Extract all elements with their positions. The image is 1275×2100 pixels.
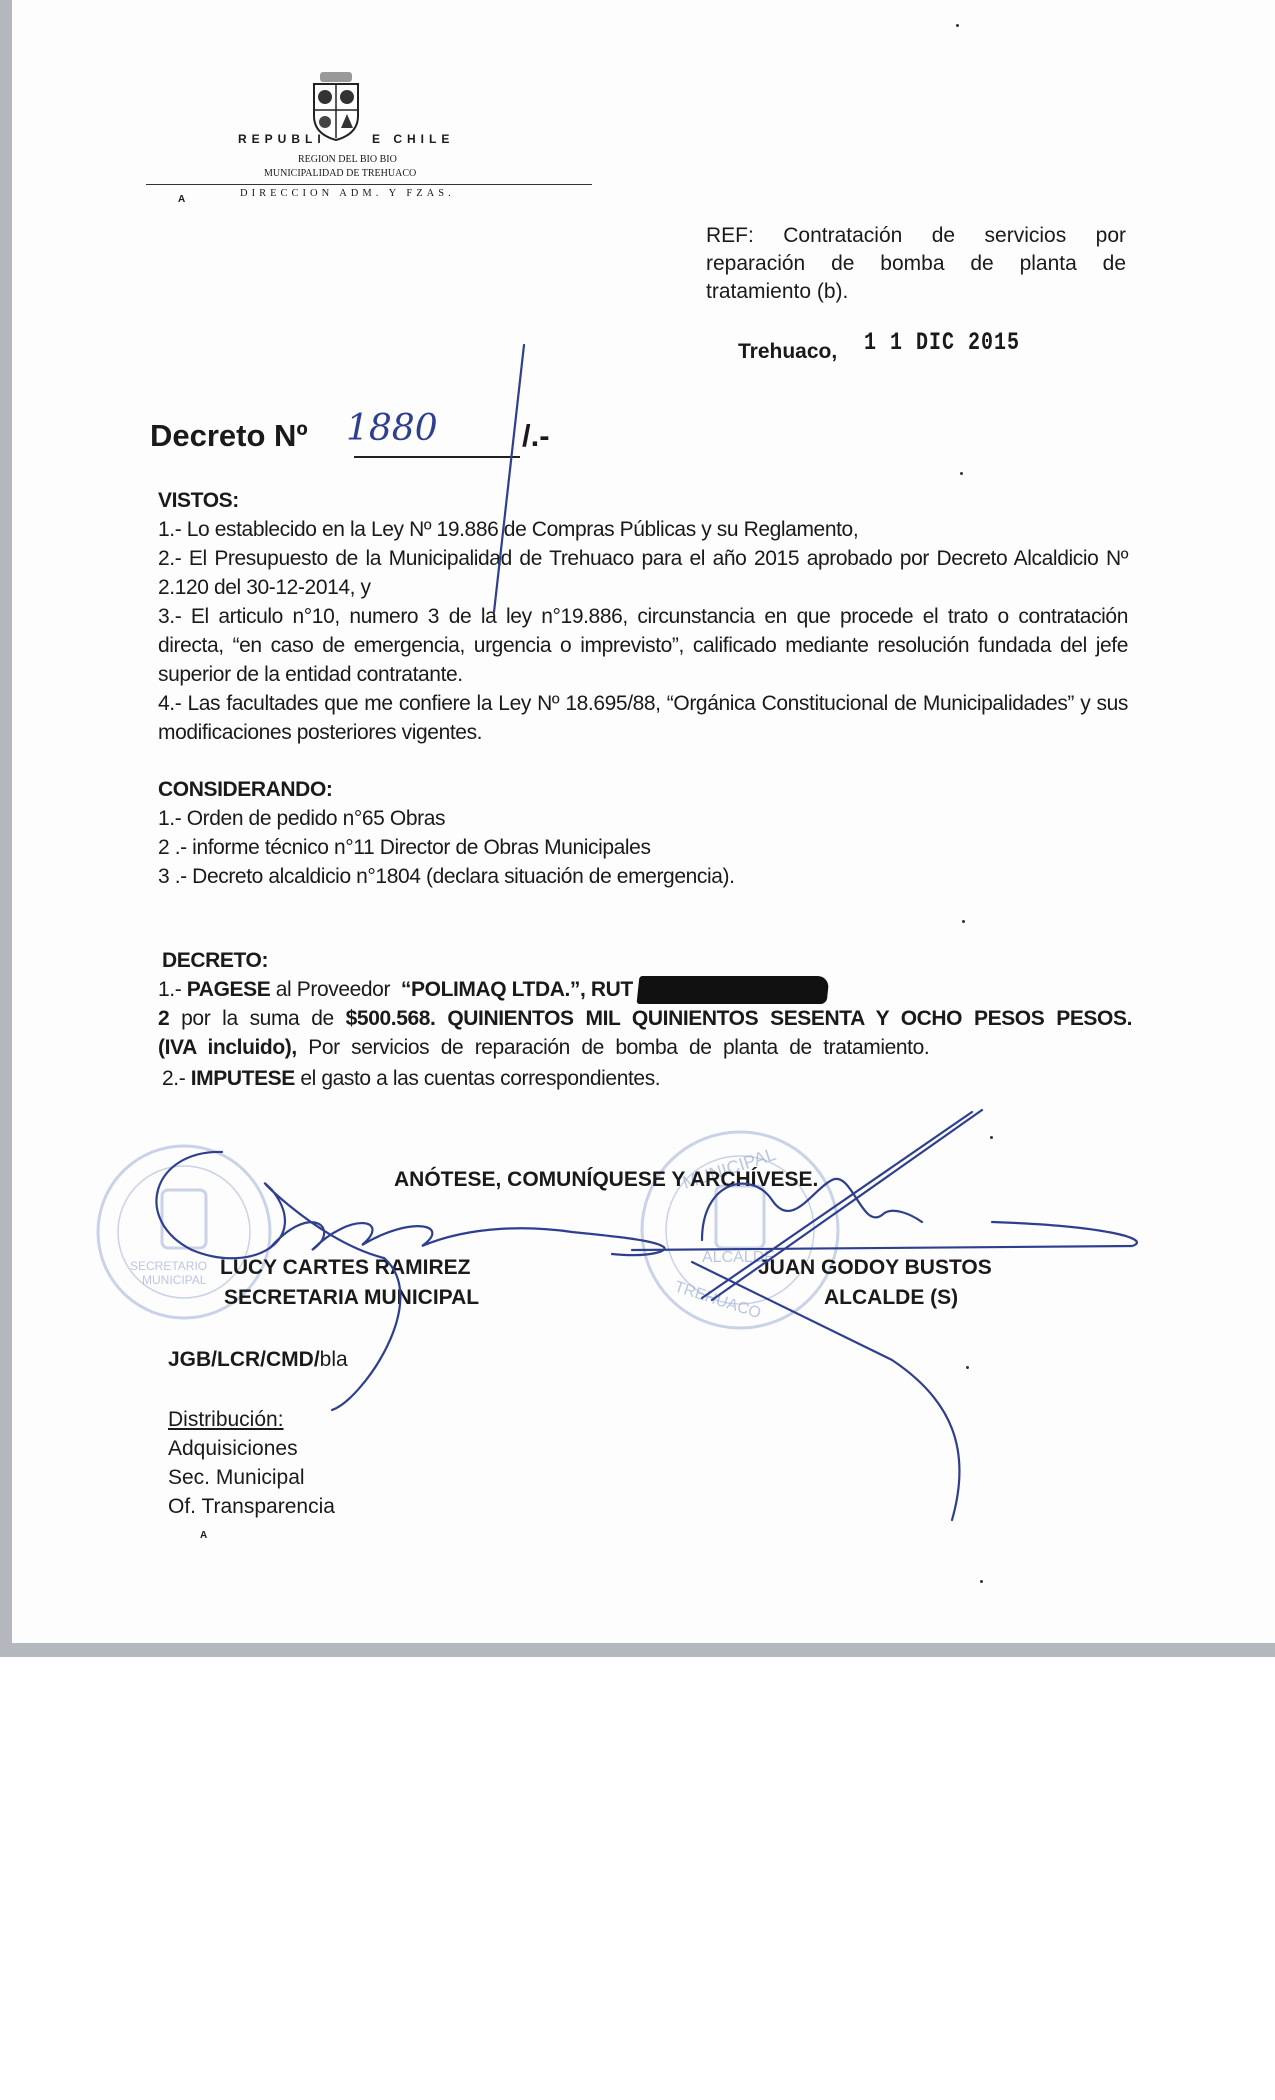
- distribution-list: Distribución: Adquisiciones Sec. Municip…: [168, 1376, 335, 1521]
- item-text: por la suma de: [181, 1007, 334, 1030]
- decree-number-handwritten: 1880: [346, 408, 438, 449]
- letterhead-municipality: MUNICIPALIDAD DE TREHUACO: [264, 168, 416, 179]
- corner-mark: A: [200, 1530, 207, 1541]
- item-verb: PAGESE: [187, 978, 271, 1001]
- svg-text:TREHUACO: TREHUACO: [672, 1278, 763, 1322]
- svg-text:MUNICIPAL: MUNICIPAL: [142, 1273, 207, 1287]
- vistos-heading: VISTOS:: [158, 486, 1128, 515]
- drafting-initials: JGB/LCR/CMD/bla: [168, 1348, 348, 1372]
- decreto-item-1-amount: 2 por la suma de $500.568. QUINIENTOS MI…: [158, 1004, 1132, 1062]
- secretaria-signature-stroke: [270, 1222, 665, 1255]
- decreto-heading: DECRETO:: [162, 946, 1132, 975]
- date-stamp: 1 1 DIC 2015: [864, 329, 1020, 358]
- item-prefix: 2.-: [162, 1067, 185, 1090]
- decree-number-underline: [354, 456, 520, 458]
- vistos-item: 3.- El articulo n°10, numero 3 de la ley…: [158, 602, 1128, 689]
- initials-bold: JGB/LCR/CMD/: [168, 1348, 320, 1371]
- item-verb: IMPUTESE: [191, 1067, 295, 1090]
- decreto-section: DECRETO: 1.- PAGESE al Proveedor “POLIMA…: [162, 946, 1132, 1093]
- distribution-item: Of. Transparencia: [168, 1492, 335, 1521]
- considerando-section: CONSIDERANDO: 1.- Orden de pedido n°65 O…: [158, 775, 1128, 891]
- considerando-item: 1.- Orden de pedido n°65 Obras: [158, 804, 1128, 833]
- item-line-number: 2: [158, 1007, 169, 1030]
- scan-speck: [956, 24, 959, 27]
- decreto-item-1: 1.- PAGESE al Proveedor “POLIMAQ LTDA.”,…: [158, 975, 1132, 1004]
- scan-speck: [962, 920, 965, 923]
- vistos-section: VISTOS: 1.- Lo establecido en la Ley Nº …: [158, 486, 1128, 747]
- place: Trehuaco,: [738, 340, 837, 364]
- item-text: Por servicios de reparación de bomba de …: [308, 1036, 929, 1059]
- signatory-left-name: LUCY CARTES RAMIREZ: [220, 1256, 470, 1280]
- decree-title: Decreto Nº: [150, 418, 308, 454]
- scan-speck: [966, 1366, 969, 1369]
- scan-speck: [980, 1580, 983, 1583]
- scan-speck: [960, 472, 963, 475]
- reference-text: REF: Contratación de servicios por repar…: [706, 222, 1126, 306]
- distribution-item: Adquisiciones: [168, 1434, 335, 1463]
- decree-suffix: /.-: [522, 418, 550, 454]
- distribution-item: Sec. Municipal: [168, 1463, 335, 1492]
- letterhead-department: DIRECCION ADM. Y FZAS.: [240, 188, 455, 199]
- item-text: al Proveedor: [276, 978, 390, 1001]
- scan-speck: [990, 1136, 993, 1139]
- distribution-label: Distribución:: [168, 1405, 335, 1434]
- item-text: el gasto a las cuentas correspondientes.: [300, 1067, 660, 1090]
- considerando-heading: CONSIDERANDO:: [158, 775, 1128, 804]
- svg-text:SECRETARIO: SECRETARIO: [130, 1259, 207, 1273]
- document-page: REPUBLI E CHILE REGION DEL BIO BIO MUNIC…: [12, 0, 1275, 1643]
- alcalde-signature-line: [632, 1222, 1137, 1250]
- vistos-item: 2.- El Presupuesto de la Municipalidad d…: [158, 544, 1128, 602]
- item-prefix: 1.-: [158, 978, 181, 1001]
- considerando-item: 2 .- informe técnico n°11 Director de Ob…: [158, 833, 1128, 862]
- signatory-left-role: SECRETARIA MUNICIPAL: [224, 1286, 479, 1310]
- alcalde-stamp-icon: [642, 1132, 838, 1328]
- vistos-item: 4.- Las facultades que me confiere la Le…: [158, 689, 1128, 747]
- provider-name: “POLIMAQ LTDA.”, RUT: [401, 978, 633, 1001]
- signatory-right-name: JUAN GODOY BUSTOS: [758, 1256, 992, 1280]
- corner-mark: A: [178, 194, 185, 205]
- letterhead-country-left: REPUBLI: [238, 132, 326, 146]
- signatory-right-role: ALCALDE (S): [824, 1286, 958, 1310]
- letterhead-region: REGION DEL BIO BIO: [298, 154, 397, 165]
- decreto-item-2: 2.- IMPUTESE el gasto a las cuentas corr…: [162, 1064, 1132, 1093]
- letterhead-country-right: E CHILE: [372, 132, 454, 146]
- initials-plain: bla: [320, 1348, 348, 1371]
- vistos-item: 1.- Lo establecido en la Ley Nº 19.886 d…: [158, 515, 1128, 544]
- redacted-rut: [637, 976, 830, 1004]
- considerando-item: 3 .- Decreto alcaldicio n°1804 (declara …: [158, 862, 1128, 891]
- letterhead-divider: [146, 184, 592, 185]
- closing-formula: ANÓTESE, COMUNÍQUESE Y ARCHÍVESE.: [394, 1168, 818, 1192]
